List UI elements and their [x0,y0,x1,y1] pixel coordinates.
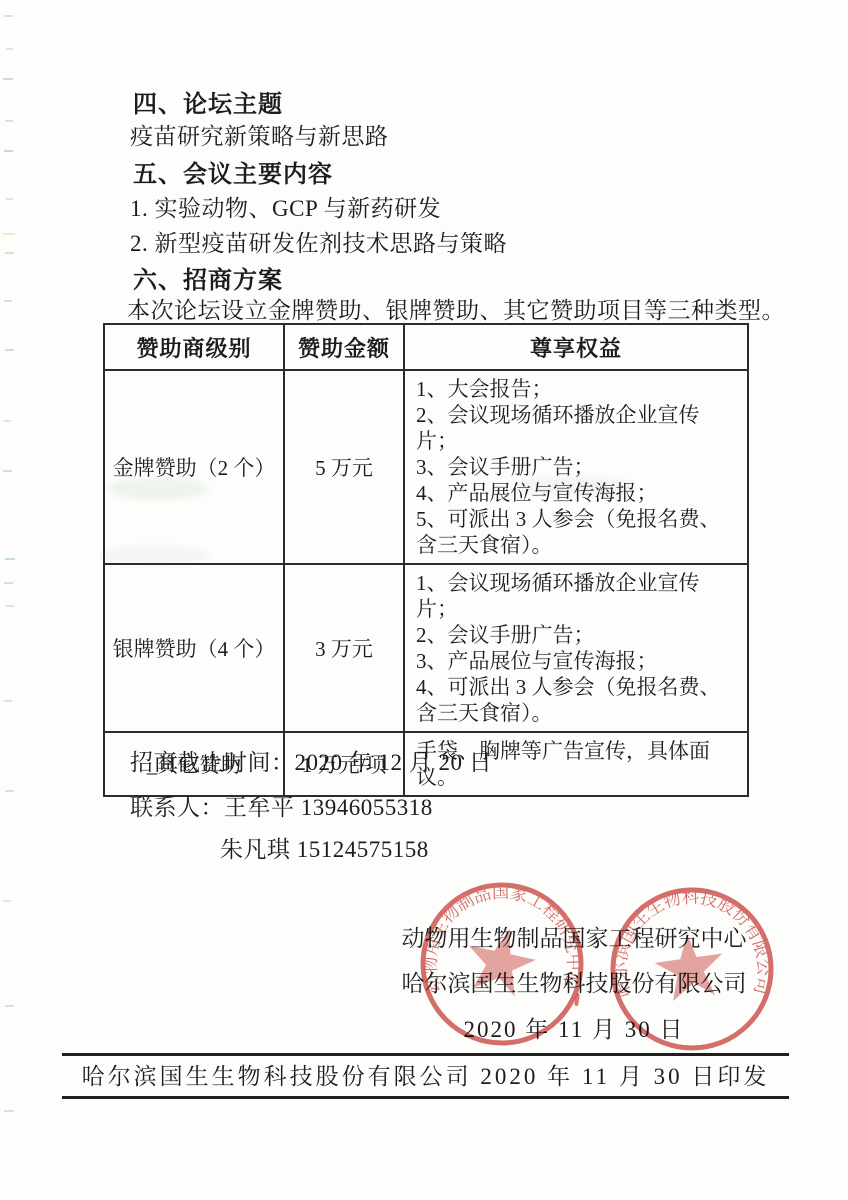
contact-person-1: 联系人：王牟平 13946055318 [130,789,433,822]
sponsor-amount-cell: 5 万元 [284,370,404,564]
footer-rule-top [62,1053,789,1056]
benefits-cell: 1、会议现场循环播放企业宣传片；2、会议手册广告；3、产品展位与宣传海报；4、可… [404,564,748,732]
table-header-row: 赞助商级别 赞助金额 尊享权益 [104,324,748,370]
benefit-item: 3、产品展位与宣传海报； [416,648,741,674]
column-header-benefits: 尊享权益 [404,324,748,370]
benefit-item: 5、可派出 3 人参会（免报名费、含三天食宿）。 [416,506,741,558]
benefit-item: 1、会议现场循环播放企业宣传片； [416,570,741,622]
footer-imprint: 哈尔滨国生生物科技股份有限公司 2020 年 11 月 30 日印发 [62,1058,789,1091]
sponsor-amount-cell: 3 万元 [284,564,404,732]
footer-rule-bottom [62,1096,789,1099]
seal-star-icon [461,921,541,999]
table-row: 金牌赞助（2 个） 5 万元 1、大会报告；2、会议现场循环播放企业宣传片；3、… [104,370,748,564]
seal-star-icon [651,929,728,1003]
column-header-sponsor-level: 赞助商级别 [104,324,284,370]
benefit-item: 3、会议手册广告； [416,454,741,480]
column-header-sponsor-amount: 赞助金额 [284,324,404,370]
content-item-1: 1. 实验动物、GCP 与新药研发 [130,190,441,223]
sponsor-level-cell: 银牌赞助（4 个） [104,564,284,732]
scanned-document-page: 四、论坛主题 疫苗研究新策略与新思路 五、会议主要内容 1. 实验动物、GCP … [0,0,848,1200]
official-seal-left: 动物用生物制品国家工程研究中心 [410,872,594,1056]
sponsor-table: 赞助商级别 赞助金额 尊享权益 金牌赞助（2 个） 5 万元 1、大会报告；2、… [103,323,749,797]
forum-theme-text: 疫苗研究新策略与新思路 [130,118,389,151]
benefit-item: 4、可派出 3 人参会（免报名费、含三天食宿）。 [416,674,741,726]
benefit-item: 2、会议手册广告； [416,622,741,648]
section-heading-forum-theme: 四、论坛主题 [133,84,283,119]
content-item-2: 2. 新型疫苗研发佐剂技术思路与策略 [130,225,507,258]
benefit-item: 4、产品展位与宣传海报； [416,480,741,506]
section-heading-main-content: 五、会议主要内容 [133,154,333,189]
section-heading-sponsorship: 六、招商方案 [133,260,283,295]
sponsor-level-cell: 金牌赞助（2 个） [104,370,284,564]
deadline-text: 招商截止时间：2020 年 12 月 20 日 [130,744,492,777]
official-seal-right: 哈尔滨国生生物科技股份有限公司 [600,877,784,1061]
benefit-item: 1、大会报告； [416,376,741,402]
benefit-item: 2、会议现场循环播放企业宣传片； [416,402,741,454]
table-row: 银牌赞助（4 个） 3 万元 1、会议现场循环播放企业宣传片；2、会议手册广告；… [104,564,748,732]
sponsorship-intro-text: 本次论坛设立金牌赞助、银牌赞助、其它赞助项目等三种类型。 [127,292,785,325]
contact-person-2: 朱凡琪 15124575158 [220,831,429,864]
benefits-cell: 1、大会报告；2、会议现场循环播放企业宣传片；3、会议手册广告；4、产品展位与宣… [404,370,748,564]
